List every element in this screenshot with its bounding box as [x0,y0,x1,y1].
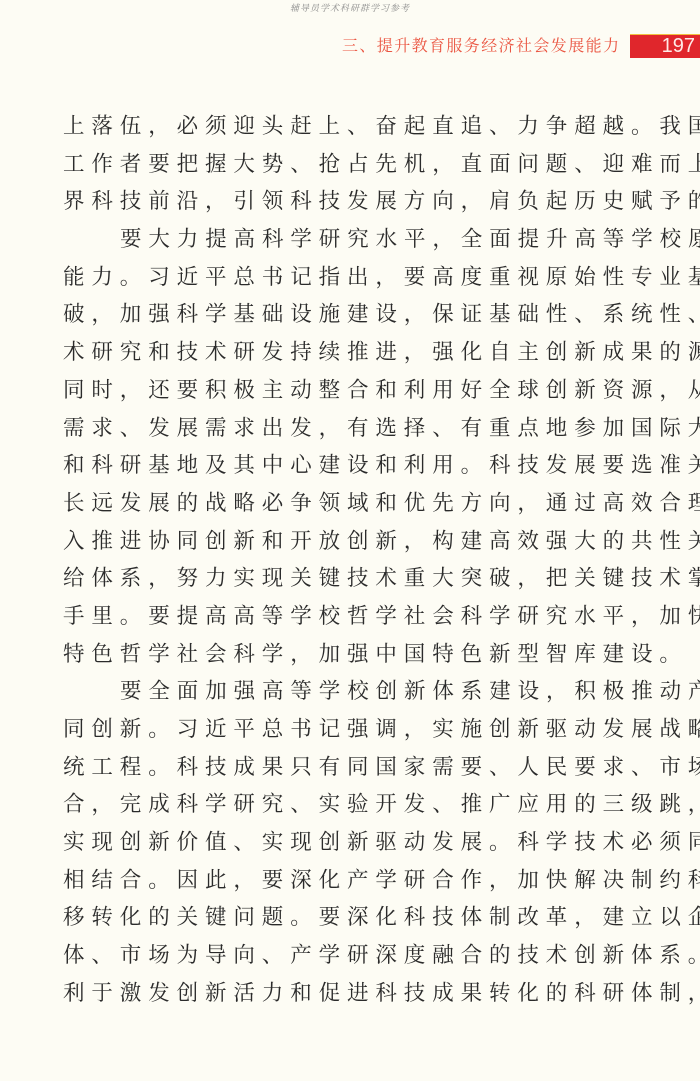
chapter-title: 三、提升教育服务经济社会发展能力 [342,36,620,56]
body-text: 上落伍，必须迎头赶上、奋起直追、力争超越。我国广大科技 工作者要把握大势、抢占先… [63,108,623,1013]
text-line: 入推进协同创新和开放创新，构建高效强大的共性关键技术供 [63,523,623,561]
paragraph-start-line: 要大力提高科学研究水平，全面提升高等学校原始创新 [63,221,623,259]
text-line: 破，加强科学基础设施建设，保证基础性、系统性、前沿性技 [63,296,623,334]
text-line: 界科技前沿，引领科技发展方向，肩负起历史赋予的重任。 [63,183,623,221]
text-line: 手里。要提高高等学校哲学社会科学研究水平，加快构建中国 [63,598,623,636]
text-line: 相结合。因此，要深化产学研合作，加快解决制约科技成果转 [63,862,623,900]
text-line: 工作者要把握大势、抢占先机，直面问题、迎难而上，瞄准世 [63,146,623,184]
running-head: 三、提升教育服务经济社会发展能力 197 [0,34,700,58]
page-number-badge: 197 [630,34,700,58]
text-line: 实现创新价值、实现创新驱动发展。科学技术必须同社会发展 [63,824,623,862]
text-line: 能力。习近平总书记指出，要高度重视原始性专业基础理论突 [63,259,623,297]
text-line: 同创新。习近平总书记强调，实施创新驱动发展战略是一个系 [63,711,623,749]
text-line: 移转化的关键问题。要深化科技体制改革，建立以企业为主 [63,899,623,937]
page-number: 197 [662,35,695,58]
text-line: 体、市场为导向、产学研深度融合的技术创新体系。要健全有 [63,937,623,975]
text-line: 术研究和技术研发持续推进，强化自主创新成果的源头供给。 [63,334,623,372]
text-line: 需求、发展需求出发，有选择、有重点地参加国际大科学装置 [63,410,623,448]
text-line: 统工程。科技成果只有同国家需要、人民要求、市场需求相结 [63,749,623,787]
text-line: 特色哲学社会科学，加强中国特色新型智库建设。 [63,636,623,674]
text-line: 合，完成科学研究、实验开发、推广应用的三级跳，才能真正 [63,786,623,824]
text-line: 上落伍，必须迎头赶上、奋起直追、力争超越。我国广大科技 [63,108,623,146]
paragraph-start-line: 要全面加强高等学校创新体系建设，积极推动产学研协 [63,673,623,711]
watermark: 辅导员学术科研群学习参考 [0,1,700,14]
text-line: 和科研基地及其中心建设和利用。科技发展要选准关系全局和 [63,447,623,485]
text-line: 利于激发创新活力和促进科技成果转化的科研体制，探索构建 [63,975,623,1013]
text-line: 长远发展的战略必争领域和优先方向，通过高效合理配置，深 [63,485,623,523]
text-line: 同时，还要积极主动整合和利用好全球创新资源，从我国现实 [63,372,623,410]
text-line: 给体系，努力实现关键技术重大突破，把关键技术掌握在自己 [63,560,623,598]
